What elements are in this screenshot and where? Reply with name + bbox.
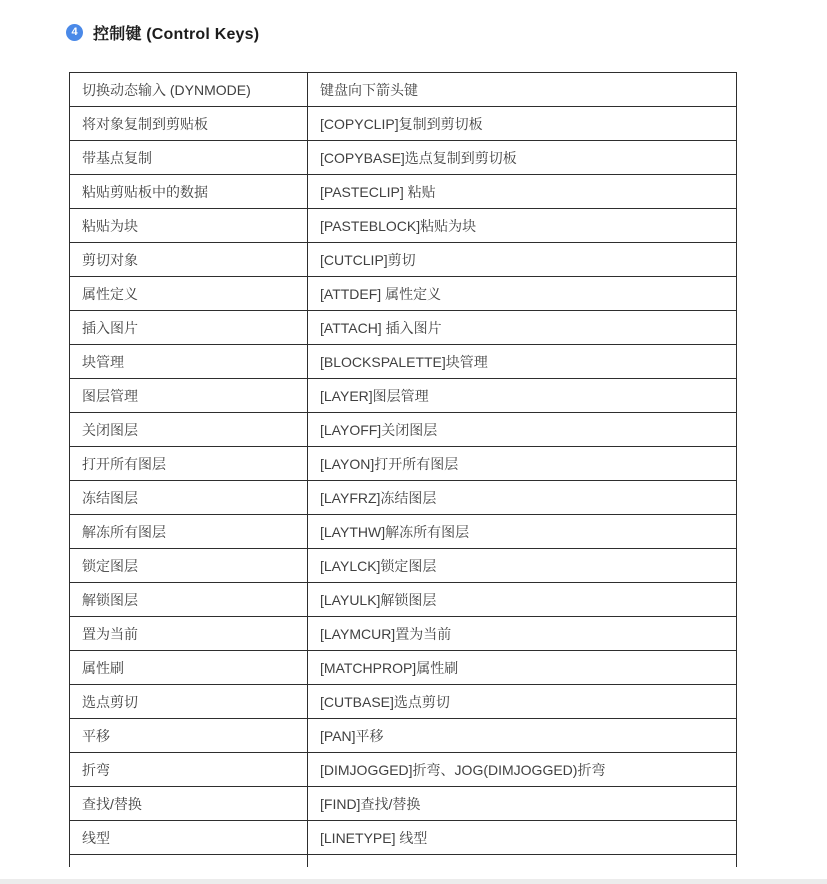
table-cell-action: 插入图片: [70, 311, 308, 345]
table-cell-action: 线型: [70, 821, 308, 855]
viewport-bottom-strip: [0, 879, 827, 884]
table-cell-action: 选点剪切: [70, 685, 308, 719]
table-row: 粘贴剪贴板中的数据[PASTECLIP] 粘贴: [70, 175, 737, 209]
table-cell-action: 切换动态输入 (DYNMODE): [70, 73, 308, 107]
table-row: 图层管理[LAYER]图层管理: [70, 379, 737, 413]
table-cell-command: [COPYBASE]选点复制到剪切板: [308, 141, 737, 175]
table-row: 属性刷[MATCHPROP]属性刷: [70, 651, 737, 685]
table-cell-command: [LAYLCK]锁定图层: [308, 549, 737, 583]
section-title: 控制键 (Control Keys): [93, 21, 259, 44]
table-row: 粘贴为块[PASTEBLOCK]粘贴为块: [70, 209, 737, 243]
table-cell-command: [LAYFRZ]冻结图层: [308, 481, 737, 515]
table-cell-action: 平移: [70, 719, 308, 753]
table-row: 查找/替换[FIND]查找/替换: [70, 787, 737, 821]
table-row: 剪切对象[CUTCLIP]剪切: [70, 243, 737, 277]
table-cell-command: [LAYOFF]关闭图层: [308, 413, 737, 447]
table-cell-action: 锁定图层: [70, 549, 308, 583]
document-page: 4 控制键 (Control Keys) 切换动态输入 (DYNMODE)键盘向…: [0, 0, 827, 884]
table-cell-action: 图层管理: [70, 379, 308, 413]
table-row: 块管理[BLOCKSPALETTE]块管理: [70, 345, 737, 379]
table-row: 折弯[DIMJOGGED]折弯、JOG(DIMJOGGED)折弯: [70, 753, 737, 787]
table-row: 带基点复制[COPYBASE]选点复制到剪切板: [70, 141, 737, 175]
table-cell-action: 将对象复制到剪贴板: [70, 107, 308, 141]
table-row-partial: [70, 855, 737, 867]
table-cell-empty: [308, 855, 737, 867]
table-row: 平移[PAN]平移: [70, 719, 737, 753]
table-cell-action: 打开所有图层: [70, 447, 308, 481]
table-row: 插入图片[ATTACH] 插入图片: [70, 311, 737, 345]
table-cell-action: 查找/替换: [70, 787, 308, 821]
section-heading: 4 控制键 (Control Keys): [66, 23, 827, 41]
table-cell-action: 冻结图层: [70, 481, 308, 515]
table-row: 冻结图层[LAYFRZ]冻结图层: [70, 481, 737, 515]
control-keys-table-body: 切换动态输入 (DYNMODE)键盘向下箭头键将对象复制到剪贴板[COPYCLI…: [70, 73, 737, 867]
table-row: 属性定义[ATTDEF] 属性定义: [70, 277, 737, 311]
table-cell-action: 折弯: [70, 753, 308, 787]
table-cell-command: [LAYMCUR]置为当前: [308, 617, 737, 651]
table-cell-command: [COPYCLIP]复制到剪切板: [308, 107, 737, 141]
table-cell-action: 属性定义: [70, 277, 308, 311]
table-cell-action: 剪切对象: [70, 243, 308, 277]
table-cell-command: [ATTDEF] 属性定义: [308, 277, 737, 311]
table-cell-empty: [70, 855, 308, 867]
table-row: 锁定图层[LAYLCK]锁定图层: [70, 549, 737, 583]
table-cell-action: 带基点复制: [70, 141, 308, 175]
table-row: 解冻所有图层[LAYTHW]解冻所有图层: [70, 515, 737, 549]
table-cell-command: [LAYER]图层管理: [308, 379, 737, 413]
table-cell-command: [BLOCKSPALETTE]块管理: [308, 345, 737, 379]
table-cell-command: [PAN]平移: [308, 719, 737, 753]
table-cell-command: [PASTECLIP] 粘贴: [308, 175, 737, 209]
table-row: 线型[LINETYPE] 线型: [70, 821, 737, 855]
table-row: 关闭图层[LAYOFF]关闭图层: [70, 413, 737, 447]
table-cell-command: [FIND]查找/替换: [308, 787, 737, 821]
table-cell-command: [LAYULK]解锁图层: [308, 583, 737, 617]
table-cell-command: 键盘向下箭头键: [308, 73, 737, 107]
table-cell-action: 粘贴为块: [70, 209, 308, 243]
table-cell-action: 解冻所有图层: [70, 515, 308, 549]
table-cell-command: [CUTBASE]选点剪切: [308, 685, 737, 719]
table-cell-action: 粘贴剪贴板中的数据: [70, 175, 308, 209]
table-cell-command: [LAYON]打开所有图层: [308, 447, 737, 481]
table-cell-action: 解锁图层: [70, 583, 308, 617]
table-cell-action: 关闭图层: [70, 413, 308, 447]
table-cell-command: [LAYTHW]解冻所有图层: [308, 515, 737, 549]
table-cell-action: 属性刷: [70, 651, 308, 685]
table-cell-command: [MATCHPROP]属性刷: [308, 651, 737, 685]
table-cell-command: [CUTCLIP]剪切: [308, 243, 737, 277]
table-row: 切换动态输入 (DYNMODE)键盘向下箭头键: [70, 73, 737, 107]
table-cell-action: 置为当前: [70, 617, 308, 651]
table-row: 解锁图层[LAYULK]解锁图层: [70, 583, 737, 617]
table-cell-command: [LINETYPE] 线型: [308, 821, 737, 855]
table-cell-command: [PASTEBLOCK]粘贴为块: [308, 209, 737, 243]
table-cell-command: [ATTACH] 插入图片: [308, 311, 737, 345]
table-row: 置为当前[LAYMCUR]置为当前: [70, 617, 737, 651]
ordered-list-number-badge: 4: [66, 24, 83, 41]
table-row: 选点剪切[CUTBASE]选点剪切: [70, 685, 737, 719]
control-keys-table: 切换动态输入 (DYNMODE)键盘向下箭头键将对象复制到剪贴板[COPYCLI…: [69, 72, 737, 867]
table-row: 将对象复制到剪贴板[COPYCLIP]复制到剪切板: [70, 107, 737, 141]
table-cell-command: [DIMJOGGED]折弯、JOG(DIMJOGGED)折弯: [308, 753, 737, 787]
table-row: 打开所有图层[LAYON]打开所有图层: [70, 447, 737, 481]
table-cell-action: 块管理: [70, 345, 308, 379]
